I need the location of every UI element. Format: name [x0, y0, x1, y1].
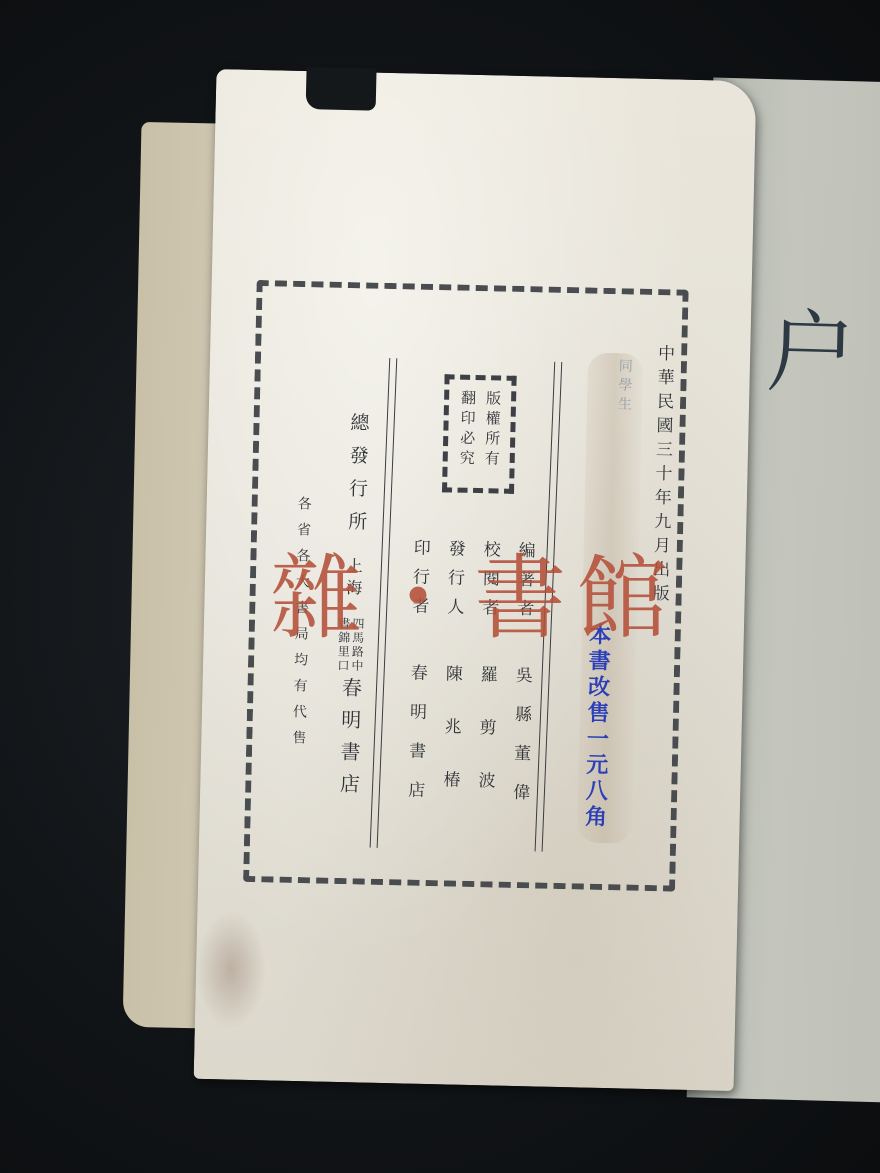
copyright-line-1: 版權所有 — [483, 390, 500, 488]
watermark-overlay: 雜・書館 — [270, 525, 678, 657]
credit-name-publisher: 陳兆椿 — [439, 664, 460, 823]
distributor-name: 春明書店 — [338, 677, 361, 805]
credit-name-author: 吳縣董偉 — [510, 666, 531, 822]
facing-page-glyph: 户 — [765, 279, 858, 411]
credit-name-printer: 春明書店 — [405, 664, 426, 820]
water-stain — [195, 909, 268, 1031]
page-tear — [306, 67, 377, 111]
credit-name-proofreader: 羅剪波 — [474, 665, 495, 824]
faded-handwriting: 同學生 — [614, 358, 635, 415]
copyright-box: 版權所有 翻印必究 — [442, 374, 517, 494]
copyright-line-2: 翻印必究 — [458, 390, 475, 488]
